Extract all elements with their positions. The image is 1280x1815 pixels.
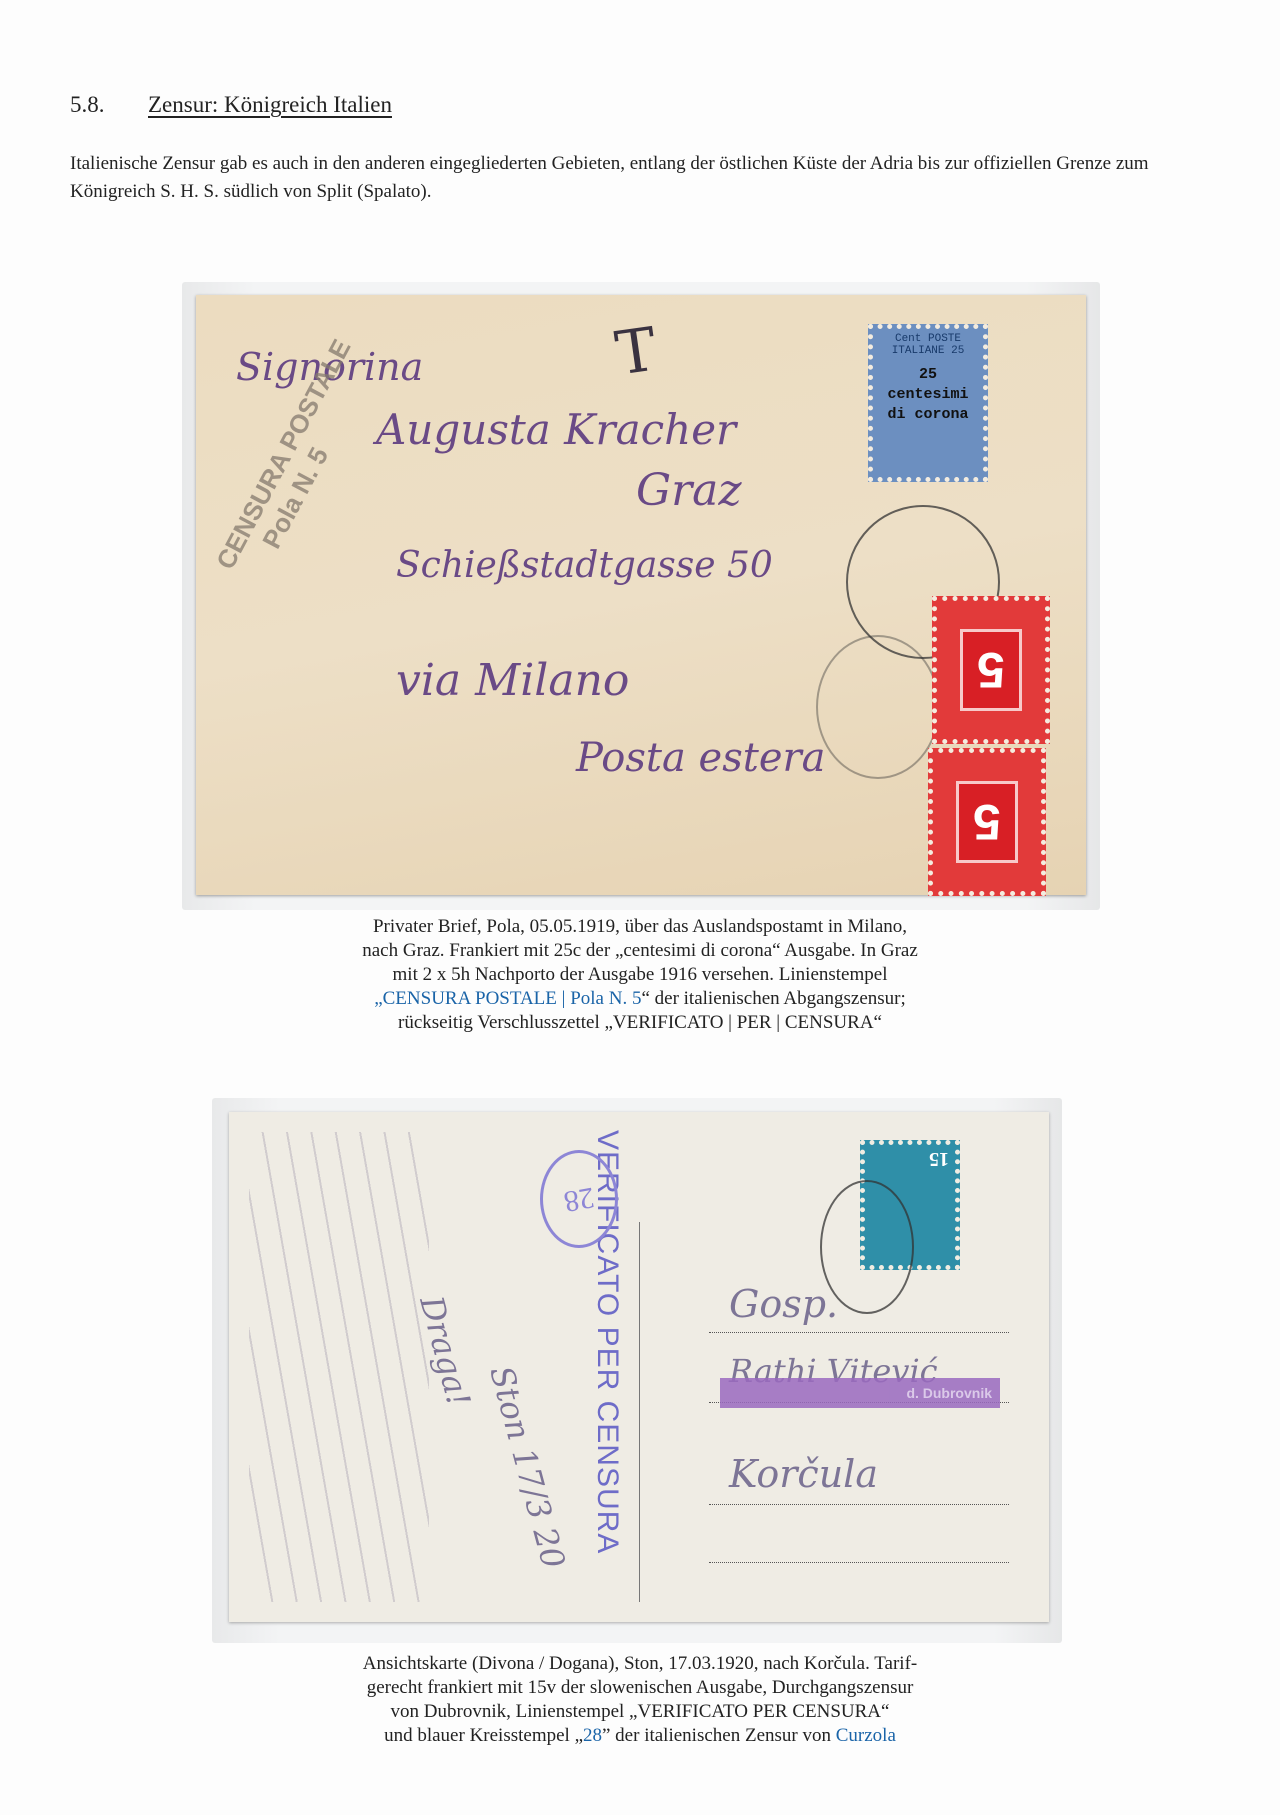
address-line: Graz [636,465,742,516]
handwritten-message [249,1132,429,1602]
postage-due-stamp: 5 [928,748,1046,896]
address-line: via Milano [396,655,629,706]
highlight-censor: „CENSURA POSTALE | Pola N. 5 [374,988,641,1009]
section-heading: 5.8.Zensur: Königreich Italien [70,92,392,118]
address-line-rule [709,1504,1009,1505]
section-number: 5.8. [70,92,148,118]
address-line: Augusta Kracher [376,405,736,454]
section-title: Zensur: Königreich Italien [148,92,392,117]
caption-postcard: Ansichtskarte (Divona / Dogana), Ston, 1… [240,1652,1040,1748]
postmark [820,1180,914,1314]
tax-mark: T [611,315,660,390]
overprint: 25 centesimi di corona [873,365,983,425]
address-line-rule [709,1562,1009,1563]
transit-censor-stamp: d. Dubrovnik [720,1378,1000,1408]
divider-line [639,1222,640,1602]
stamp-italy: Cent POSTE ITALIANE 25 25 centesimi di c… [868,324,988,482]
highlight-place: Curzola [836,1725,896,1746]
address-line: Posta estera [576,735,825,781]
censor-ring-stamp: 28 [540,1150,618,1248]
intro-paragraph: Italienische Zensur gab es auch in den a… [70,150,1210,206]
postmark [816,635,940,779]
postage-due-stamp: 5 [932,596,1050,744]
address-line: Schießstadtgasse 50 [396,545,773,586]
highlight-number: 28 [583,1725,602,1746]
caption-cover: Privater Brief, Pola, 05.05.1919, über d… [240,915,1040,1035]
address-line-rule [709,1332,1009,1333]
